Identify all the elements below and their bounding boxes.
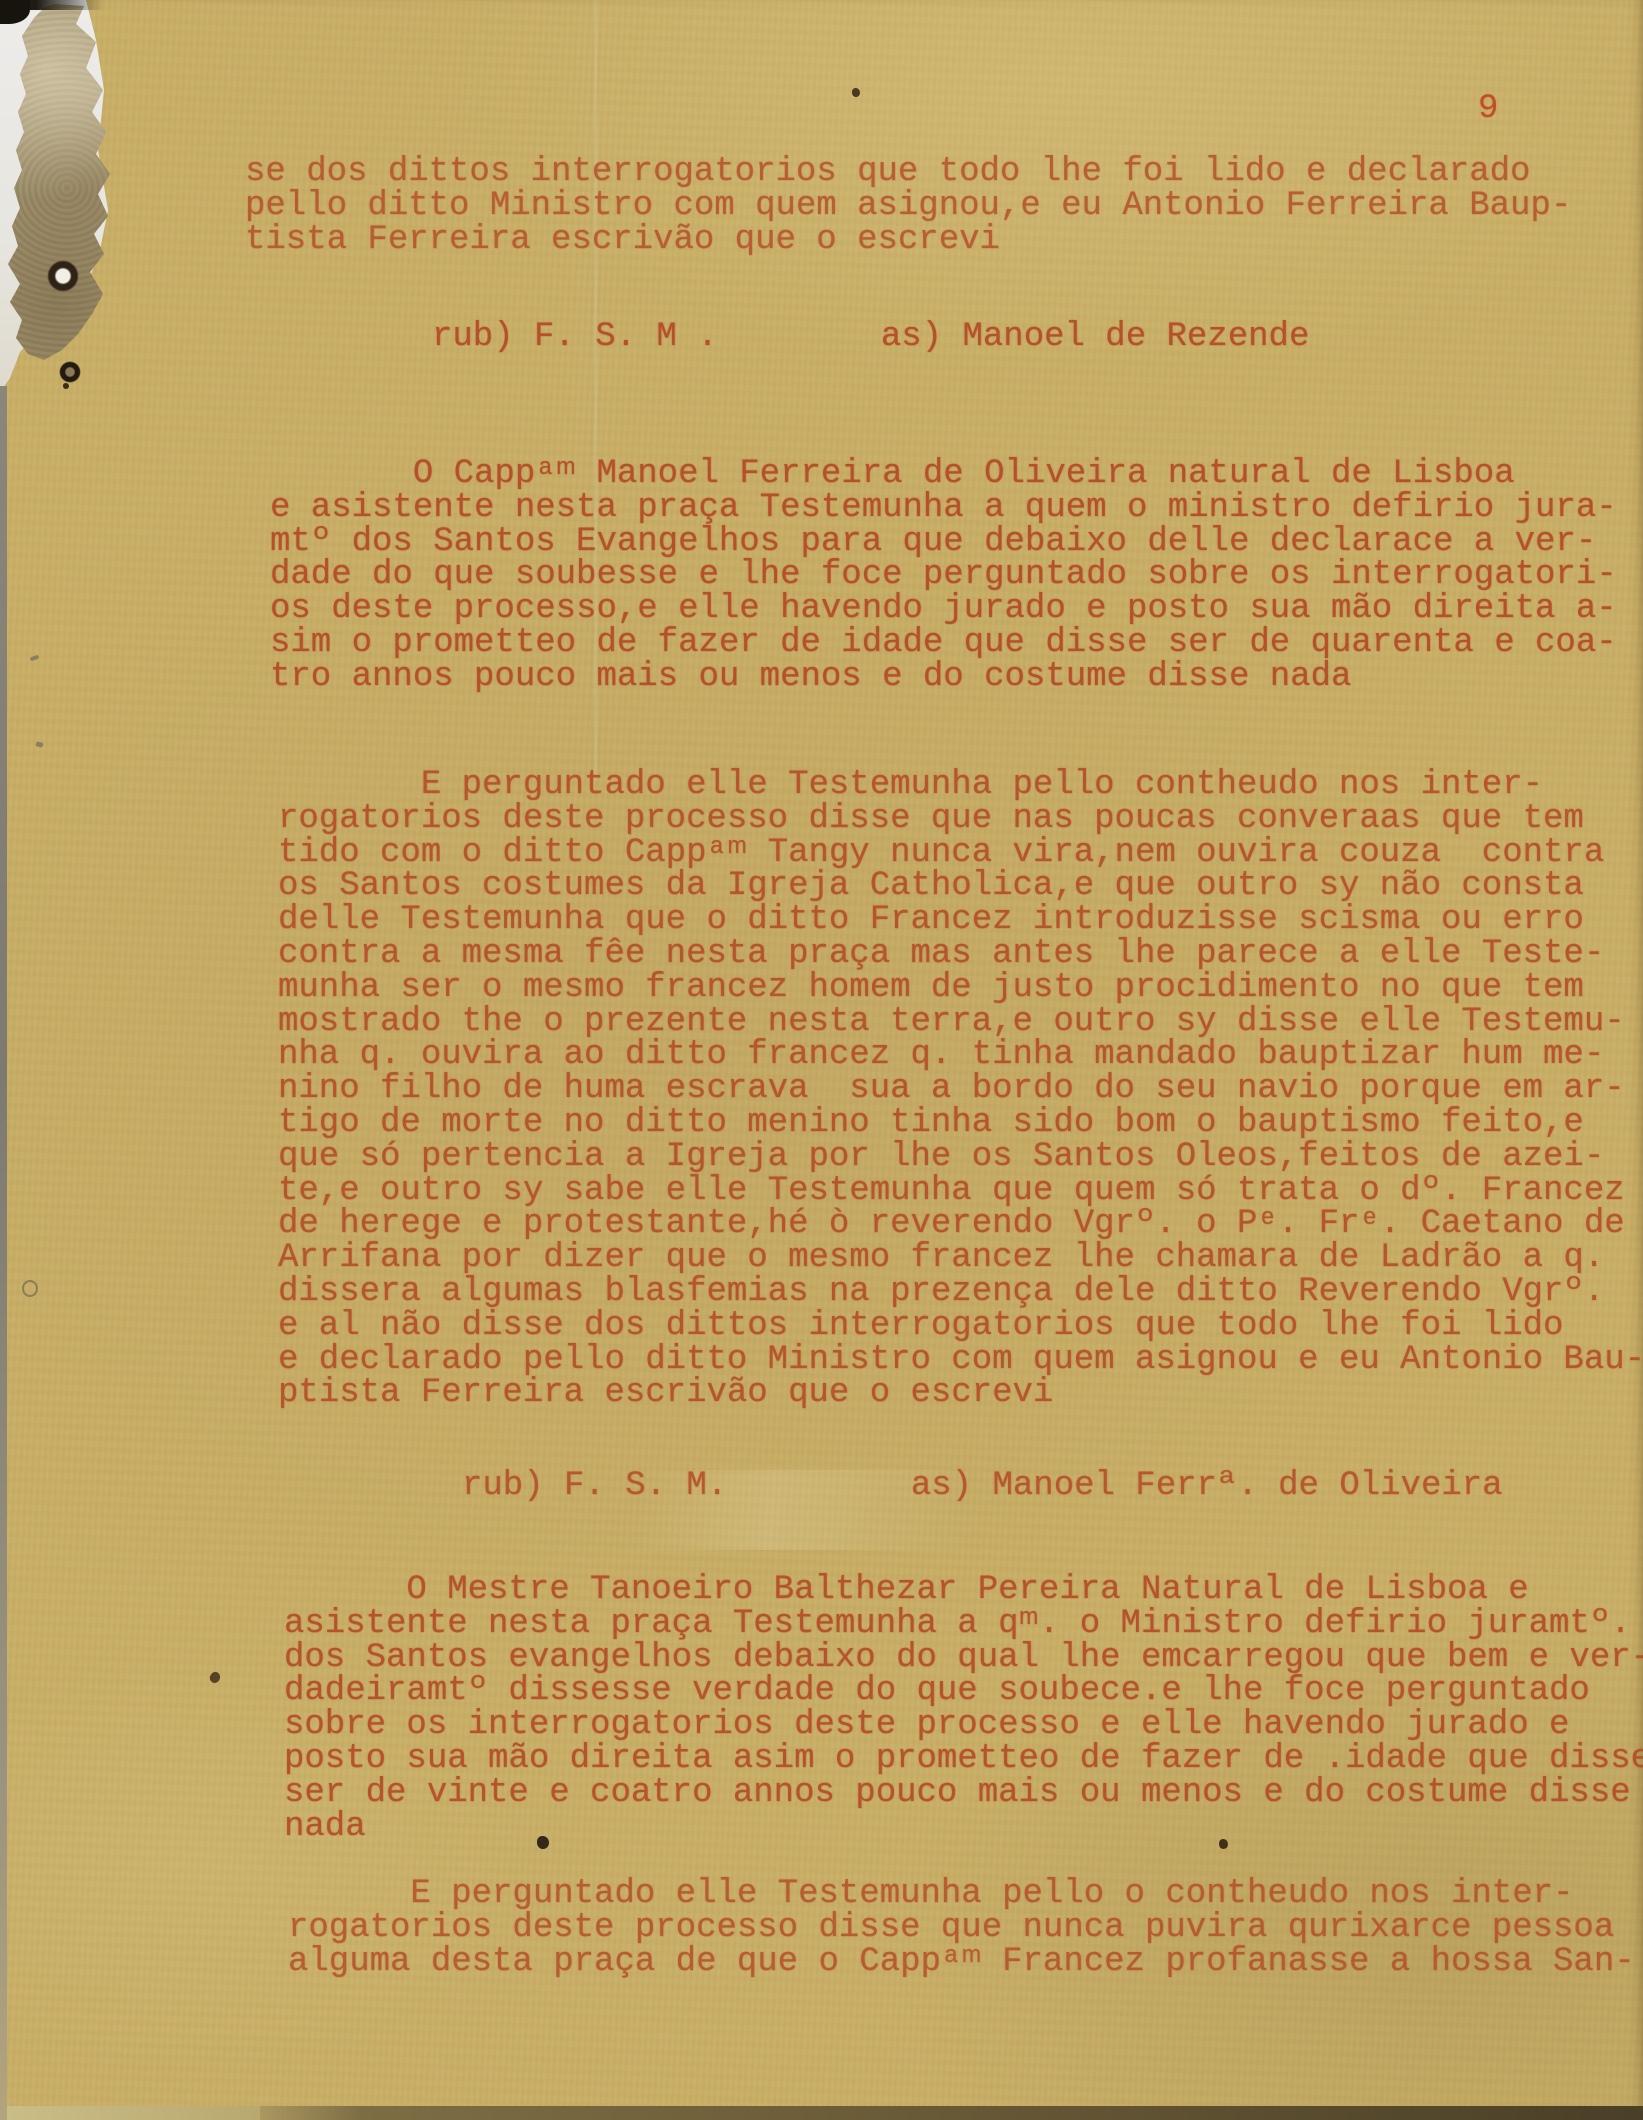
text-line: mostrado the o prezente nesta terra,e ou… [278,1006,1643,1040]
paragraph-closing-statement: se dos dittos interrogatorios que todo l… [245,156,1571,257]
scan-left-edge [0,386,7,2120]
ink-speck [63,383,69,389]
text-line: E perguntado elle Testemunha pello o con… [288,1878,1635,1912]
text-line: os deste processo,e elle havendo jurado … [270,593,1617,627]
text-line: e al não disse dos dittos interrogatorio… [278,1310,1643,1344]
text-line: se dos dittos interrogatorios que todo l… [245,156,1571,190]
signature-line: rub) F. S. M . as) Manoel de Rezende [432,321,1309,355]
text-line: de herege e protestante,hé ò reverendo V… [278,1208,1643,1242]
text-line: rogatorios deste processo disse que nas … [278,803,1643,837]
text-line: rogatorios deste processo disse que nunc… [288,1912,1635,1946]
text-line: rub) F. S. M . as) Manoel de Rezende [432,321,1309,355]
text-line: dadeiramtº dissesse verdade do que soube… [284,1675,1643,1709]
text-line: pello ditto Ministro com quem asignou,e … [245,190,1571,224]
text-line: O Mestre Tanoeiro Balthezar Pereira Natu… [284,1574,1643,1608]
scanned-document-page: 9 se dos dittos interrogatorios que todo… [0,0,1643,2120]
paragraph-witness-oliveira-testimony: E perguntado elle Testemunha pello conth… [278,769,1643,1411]
text-line: nha q. ouvira ao ditto francez q. tinha … [278,1039,1643,1073]
text-line: e asistente nesta praça Testemunha a que… [270,492,1617,526]
text-line: delle Testemunha que o ditto Francez int… [278,904,1643,938]
text-line: e declarado pello ditto Ministro com que… [278,1344,1643,1378]
scan-bottom-edge [7,2106,260,2120]
ink-speck [208,1670,223,1685]
pencil-mark [35,741,43,748]
text-line: O Cappᵃᵐ Manoel Ferreira de Oliveira nat… [270,458,1617,492]
text-line: te,e outro sy sabe elle Testemunha que q… [278,1175,1643,1209]
paragraph-witness-pereira-oath: O Mestre Tanoeiro Balthezar Pereira Natu… [284,1574,1643,1844]
text-line: dissera algumas blasfemias na prezença d… [278,1276,1643,1310]
text-line: asistente nesta praça Testemunha a qᵐ. o… [284,1608,1643,1642]
ink-speck [852,88,860,97]
text-line: Arrifana por dizer que o mesmo francez l… [278,1242,1643,1276]
text-line: posto sua mão direita asim o prometteo d… [284,1743,1643,1777]
text-line: rub) F. S. M. as) Manoel Ferrª. de Olive… [462,1470,1503,1504]
text-line: munha ser o mesmo francez homem de justo… [278,972,1643,1006]
scan-bottom-edge [236,2106,1643,2120]
text-line: tro annos pouco mais ou menos e do costu… [270,661,1617,695]
paragraph-witness-pereira-testimony: E perguntado elle Testemunha pello o con… [288,1878,1635,1979]
paper-hole [47,258,79,294]
text-line: nada [284,1811,1643,1845]
text-line: dade do que soubesse e lhe foce pergunta… [270,559,1617,593]
text-line: sobre os interrogatorios deste processo … [284,1709,1643,1743]
text-line: alguma desta praça de que o Cappᵃᵐ Franc… [288,1946,1635,1980]
ring-mark [22,1280,38,1297]
signature-line: rub) F. S. M. as) Manoel Ferrª. de Olive… [462,1470,1503,1504]
text-line: que só pertencia a Igreja por lhe os San… [278,1141,1643,1175]
paper-hole [58,360,82,384]
text-line: mtº dos Santos Evangelhos para que debai… [270,526,1617,560]
text-line: contra a mesma fêe nesta praça mas antes… [278,938,1643,972]
page-number: 9 [1478,90,1498,128]
text-line: dos Santos evangelhos debaixo do qual lh… [284,1642,1643,1676]
pencil-mark [30,655,40,662]
text-line: tista Ferreira escrivão que o escrevi [245,224,1571,258]
text-line: tido com o ditto Cappᵃᵐ Tangy nunca vira… [278,837,1643,871]
text-line: ser de vinte e coatro annos pouco mais o… [284,1777,1643,1811]
text-line: tigo de morte no ditto menino tinha sido… [278,1107,1643,1141]
text-line: sim o prometteo de fazer de idade que di… [270,627,1617,661]
text-line: E perguntado elle Testemunha pello conth… [278,769,1643,803]
text-line: os Santos costumes da Igreja Catholica,e… [278,870,1643,904]
paragraph-witness-oliveira-oath: O Cappᵃᵐ Manoel Ferreira de Oliveira nat… [270,458,1617,695]
text-line: ptista Ferreira escrivão que o escrevi [278,1377,1643,1411]
text-line: nino filho de huma escrava sua a bordo d… [278,1073,1643,1107]
